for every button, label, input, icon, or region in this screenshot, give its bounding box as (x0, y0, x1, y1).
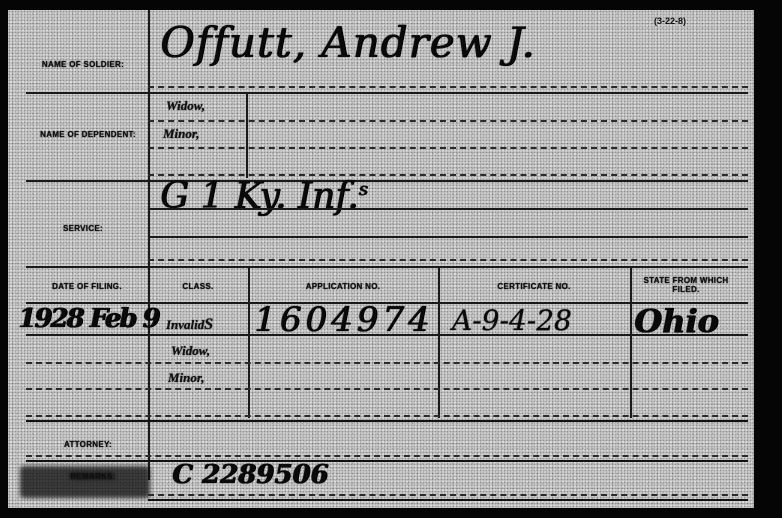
class-minor-label: Minor, (168, 370, 205, 386)
table-row-3-line (26, 388, 748, 390)
service-value: G 1 Ky. Inf.s (160, 176, 368, 217)
service-text: G 1 Ky. Inf. (160, 176, 358, 217)
service-section-dots (148, 259, 748, 261)
class-column-divider (248, 268, 250, 418)
service-superscript: s (358, 179, 367, 200)
class-marker: S (204, 316, 213, 333)
certificate-no-header: CERTIFICATE NO. (448, 282, 620, 291)
name-of-soldier-label: NAME OF SOLDIER: (38, 60, 128, 69)
dependent-section-line (26, 180, 748, 182)
class-header: CLASS. (158, 282, 238, 291)
table-row-2-line (26, 362, 748, 364)
certificate-no-value: A-9-4-28 (452, 304, 572, 337)
service-row-1-line (148, 208, 748, 210)
attorney-label: ATTORNEY: (48, 440, 128, 449)
label-column-divider (148, 10, 150, 480)
class-invalid-label: InvalidS (166, 316, 213, 334)
dependent-minor-label: Minor, (163, 126, 200, 142)
name-of-dependent-label: NAME OF DEPENDENT: (38, 130, 138, 139)
remarks-value: C 2289506 (172, 460, 328, 490)
soldier-name-value: Offutt, Andrew J. (160, 18, 535, 67)
certificate-column-divider (630, 268, 632, 418)
soldier-row-line (26, 92, 748, 94)
remarks-smudge (20, 466, 150, 498)
class-invalid-text: Invalid (166, 317, 204, 332)
application-no-header: APPLICATION NO. (258, 282, 428, 291)
class-widow-label: Widow, (171, 343, 210, 359)
remarks-line (148, 494, 748, 501)
date-of-filing-header: DATE OF FILING. (32, 282, 142, 291)
pension-index-card: (3-22-8) NAME OF SOLDIER: Offutt, Andrew… (8, 10, 754, 508)
dependent-widow-label: Widow, (166, 98, 205, 114)
service-section-line (26, 266, 748, 268)
service-row-2-line (148, 236, 748, 238)
dependent-row-2-line (148, 147, 748, 149)
dependent-subcolumn-divider (246, 94, 248, 178)
attorney-line (26, 455, 748, 462)
table-row-1-line (26, 334, 748, 336)
state-from-which-filed-header: STATE FROM WHICH FILED. (636, 276, 736, 294)
date-of-filing-value: 1928 Feb 9 (18, 304, 158, 334)
soldier-row-dots (148, 86, 748, 88)
form-code: (3-22-8) (654, 16, 686, 26)
dependent-row-1-line (148, 120, 748, 122)
service-label: SERVICE: (38, 224, 128, 233)
table-bottom-line (26, 415, 748, 422)
application-column-divider (438, 268, 440, 418)
